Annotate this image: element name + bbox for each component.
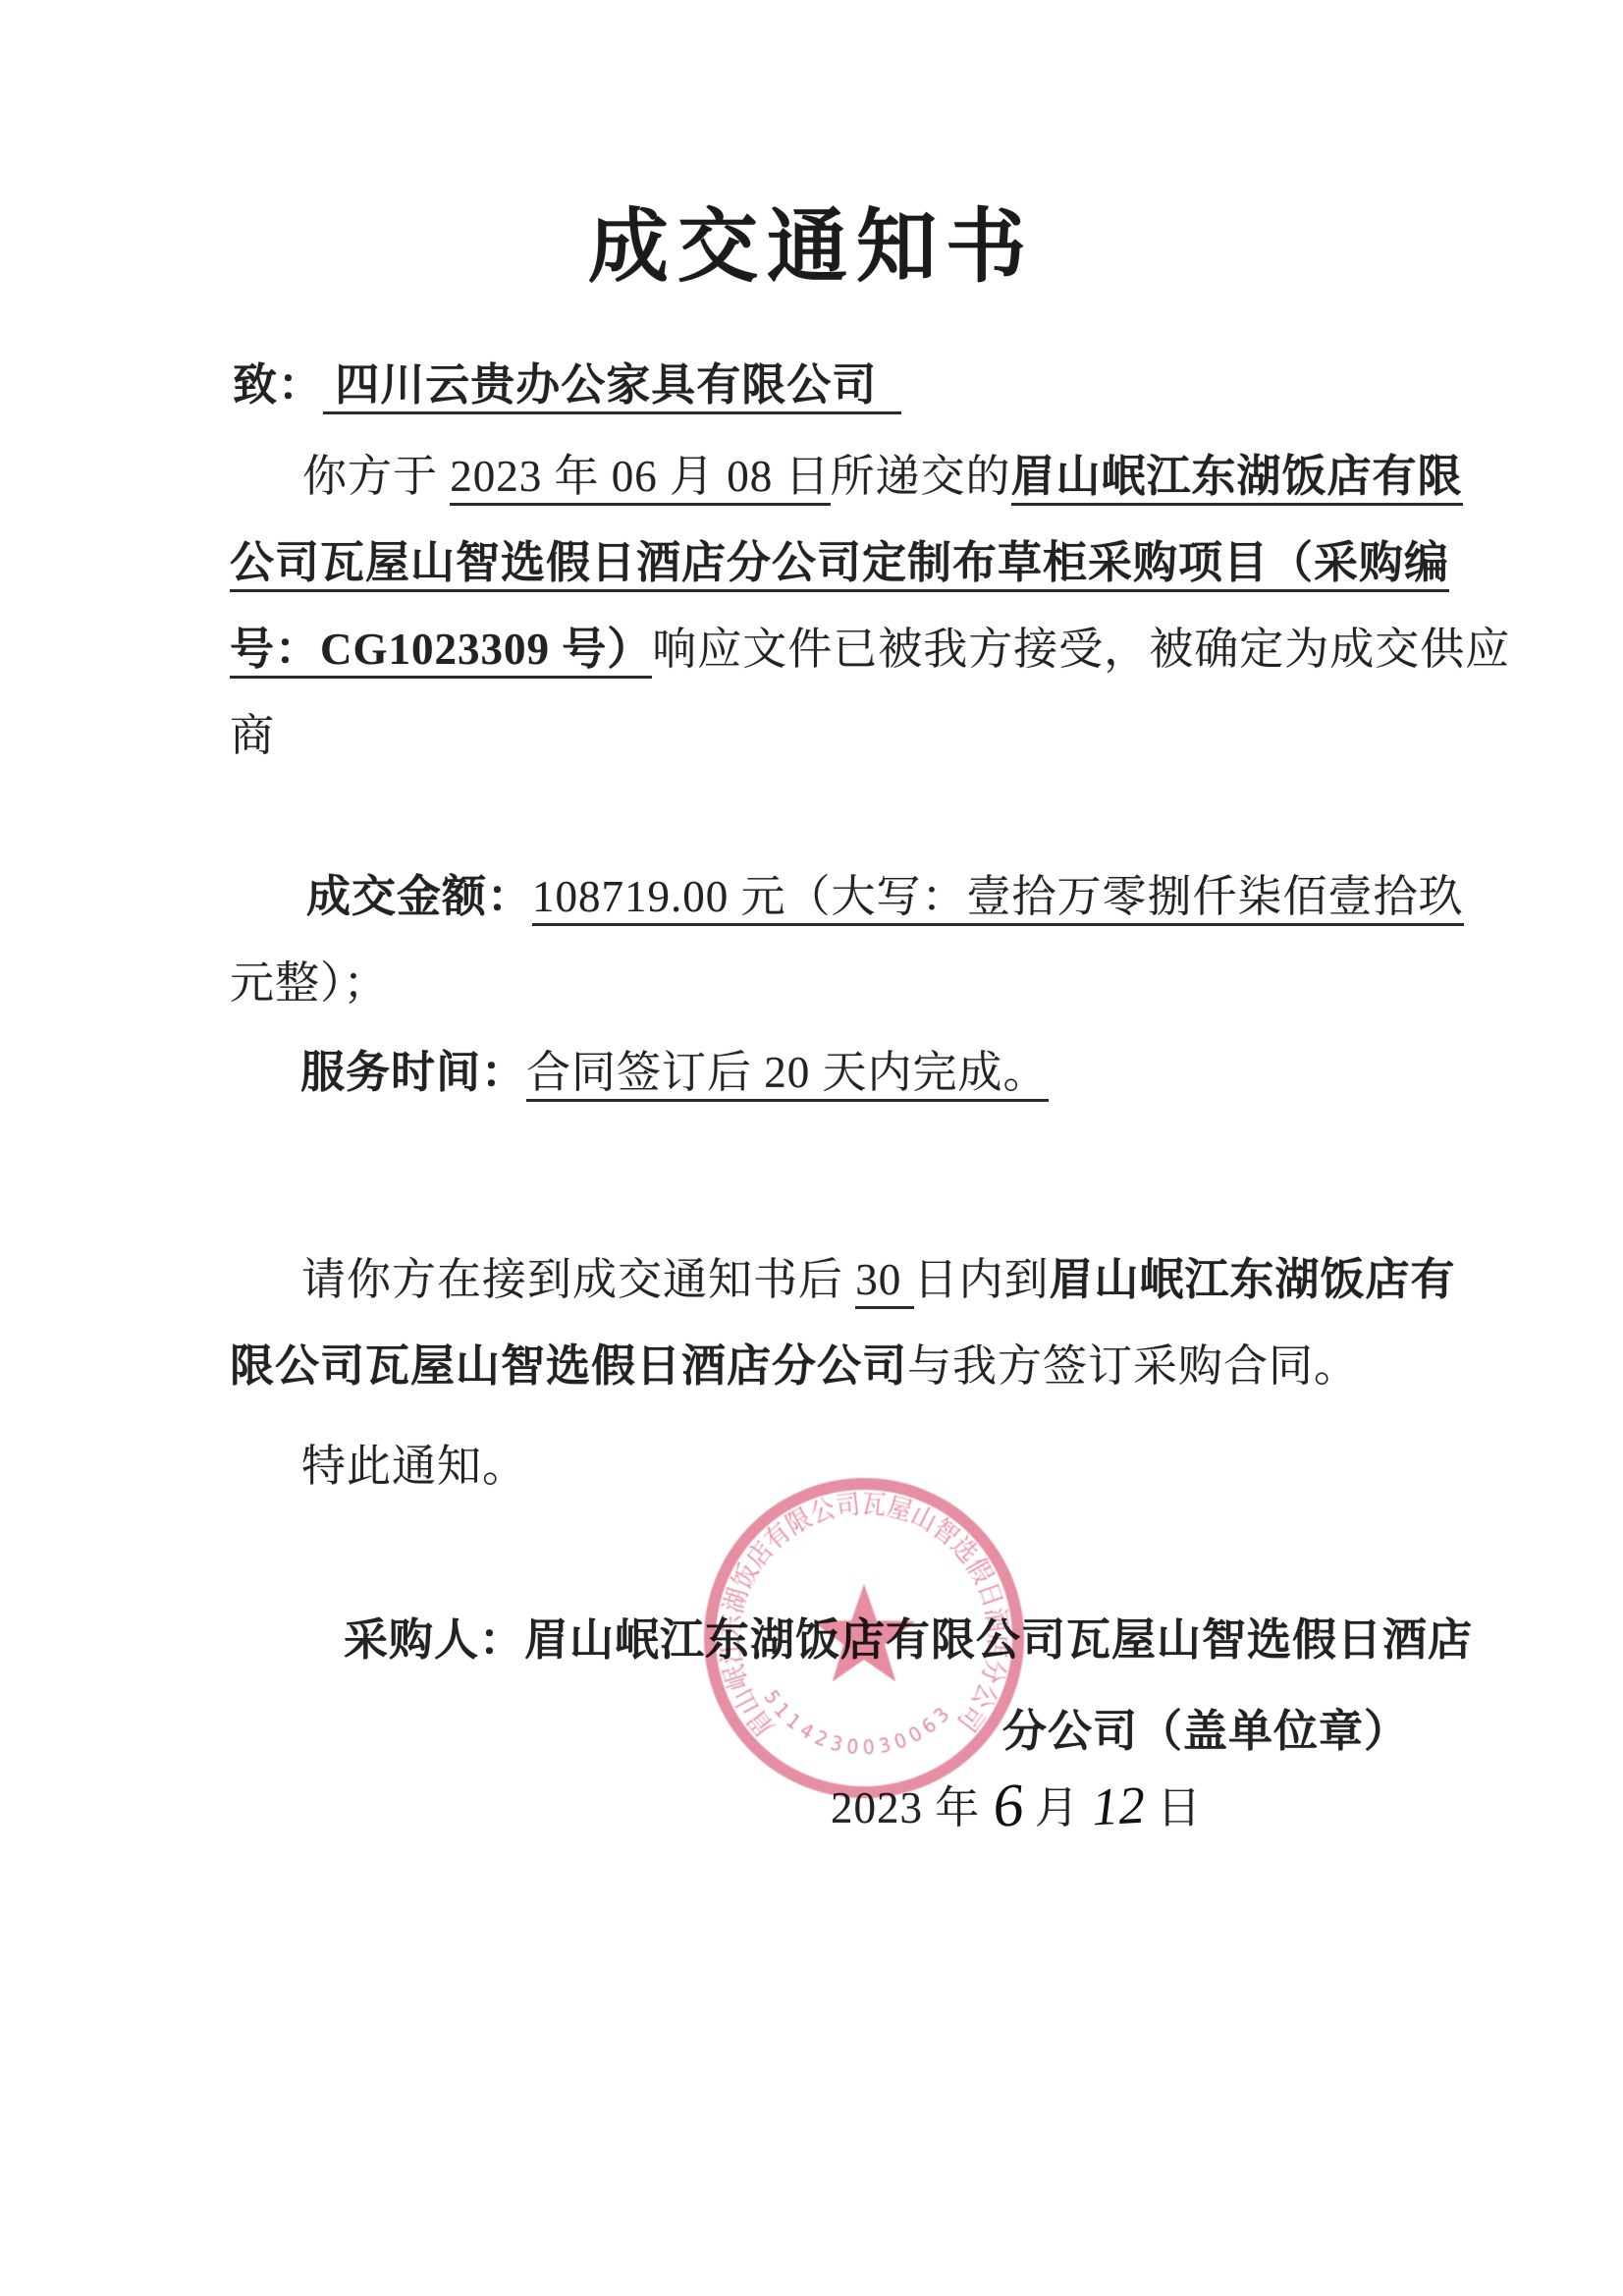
amount-value: 108719.00 元（大写：壹拾万零捌仟柒佰壹拾玖 <box>532 872 1464 926</box>
para2-text: 与我方签订采购合同。 <box>907 1341 1359 1391</box>
body-paragraph1-line4: 商 <box>230 707 275 764</box>
para1-text: 响应文件已被我方接受，被确定为成交供应 <box>652 625 1510 674</box>
project-name-part2: 公司瓦屋山智选假日酒店分公司定制布草柜采购项目（采购编 <box>230 538 1449 592</box>
company-seal-stamp: 眉山岷江东湖饭店有限公司瓦屋山智选假日酒店分公司 5114230030063 <box>697 1471 1031 1805</box>
service-time-value: 合同签订后 20 天内完成。 <box>526 1048 1049 1102</box>
para1-text: 商 <box>230 711 275 760</box>
closing-text: 特此通知。 <box>301 1442 527 1491</box>
body-paragraph2-line1: 请你方在接到成交通知书后 30 日内到眉山岷江东湖饭店有 <box>301 1251 1456 1308</box>
scanned-award-notice-page: 成交通知书 致： 四川云贵办公家具有限公司 你方于 2023 年 06 月 08… <box>0 0 1623 2296</box>
amount-line2: 元整）； <box>230 955 389 1011</box>
handwritten-day: 12 <box>1091 1785 1146 1828</box>
recipient-company: 四川云贵办公家具有限公司 <box>323 360 901 414</box>
project-name-part1: 眉山岷江东湖饭店有限 <box>1011 452 1463 506</box>
amount-label: 成交金额： <box>306 872 532 921</box>
para2-text: 日内到 <box>914 1255 1050 1304</box>
date-day-label: 日 <box>1145 1783 1202 1832</box>
sign-deadline-days: 30 <box>855 1255 913 1309</box>
body-paragraph1-line1: 你方于 2023 年 06 月 08 日所递交的眉山岷江东湖饭店有限 <box>302 448 1463 505</box>
submission-date: 2023 年 06 月 08 日 <box>450 452 830 506</box>
service-time-line: 服务时间：合同签订后 20 天内完成。 <box>300 1044 1049 1101</box>
seal-star-icon <box>813 1584 916 1682</box>
closing-line: 特此通知。 <box>301 1438 527 1495</box>
purchaser-name-part2: 限公司瓦屋山智选假日酒店分公司 <box>230 1341 907 1391</box>
para2-text: 请你方在接到成交通知书后 <box>301 1255 855 1304</box>
recipient-label: 致： <box>233 360 323 410</box>
service-time-label: 服务时间： <box>300 1048 526 1097</box>
procurement-number: 号：CG1023309 号） <box>230 625 652 679</box>
recipient-line: 致： 四川云贵办公家具有限公司 <box>233 356 901 413</box>
purchaser-name-part1: 眉山岷江东湖饭店有 <box>1050 1255 1456 1304</box>
body-paragraph1-line3: 号：CG1023309 号）响应文件已被我方接受，被确定为成交供应 <box>230 621 1510 678</box>
body-paragraph1-line2: 公司瓦屋山智选假日酒店分公司定制布草柜采购项目（采购编 <box>230 534 1449 591</box>
amount-value-tail: 元整）； <box>230 958 389 1008</box>
amount-line1: 成交金额：108719.00 元（大写：壹拾万零捌仟柒佰壹拾玖 <box>306 868 1464 925</box>
purchaser-signature-text2: 分公司（盖单位章） <box>1002 1707 1409 1756</box>
para1-text: 你方于 <box>302 452 450 501</box>
para1-text: 所递交的 <box>831 452 1011 501</box>
svg-text:5114230030063: 5114230030063 <box>759 1685 957 1759</box>
date-month-label: 月 <box>1023 1783 1093 1832</box>
seal-serial-number: 5114230030063 <box>759 1685 957 1759</box>
page-title: 成交通知书 <box>0 183 1623 298</box>
purchaser-signature-line2: 分公司（盖单位章） <box>1002 1703 1409 1760</box>
body-paragraph2-line2: 限公司瓦屋山智选假日酒店分公司与我方签订采购合同。 <box>230 1338 1359 1394</box>
